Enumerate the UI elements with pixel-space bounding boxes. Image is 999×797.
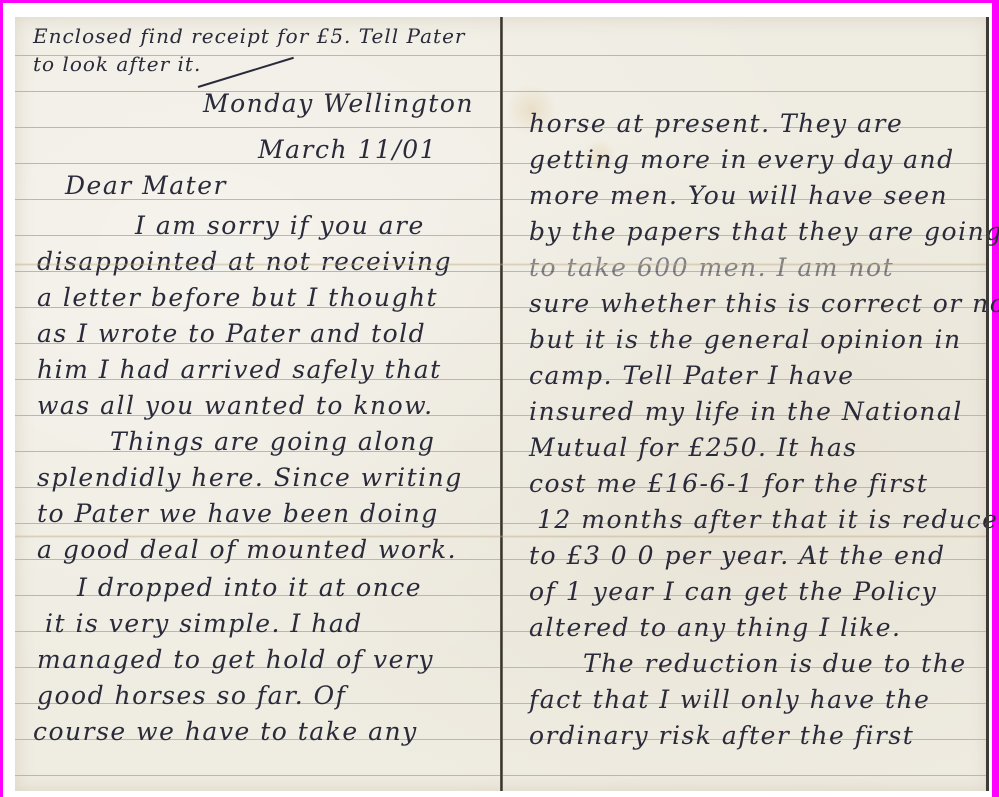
body-line: getting more in every day and — [529, 145, 955, 175]
body-line-faded: to take 600 men. I am not — [529, 253, 894, 283]
right-paper-edge — [986, 17, 989, 791]
left-page: Enclosed find receipt for £5. Tell Pater… — [15, 17, 501, 791]
body-line: good horses so far. Of — [37, 681, 346, 711]
letter-sheet: Enclosed find receipt for £5. Tell Pater… — [15, 17, 989, 791]
body-line: fact that I will only have the — [529, 685, 930, 715]
body-line: Things are going along — [110, 427, 435, 457]
postscript-line-2: to look after it. — [33, 49, 201, 79]
body-line: a good deal of mounted work. — [37, 535, 457, 565]
image-frame: Enclosed find receipt for £5. Tell Pater… — [3, 3, 992, 797]
body-line: to Pater we have been doing — [37, 499, 439, 529]
heading-date: March 11/01 — [258, 135, 437, 165]
body-line: altered to any thing I like. — [529, 613, 901, 643]
body-line: it is very simple. I had — [45, 609, 363, 639]
body-line: The reduction is due to the — [583, 649, 967, 679]
body-line: to £3 0 0 per year. At the end — [529, 541, 946, 571]
body-line: of 1 year I can get the Policy — [529, 577, 937, 607]
body-line: but it is the general opinion in — [529, 325, 962, 355]
body-line: I dropped into it at once — [77, 573, 422, 603]
body-line: him I had arrived safely that — [37, 355, 442, 385]
salutation: Dear Mater — [65, 171, 227, 201]
body-line: more men. You will have seen — [529, 181, 948, 211]
body-line: by the papers that they are going — [529, 217, 999, 247]
body-line: as I wrote to Pater and told — [37, 319, 426, 349]
body-line: course we have to take any — [33, 717, 418, 747]
horizontal-crease — [15, 263, 989, 266]
body-line: a letter before but I thought — [37, 283, 438, 313]
body-line: I am sorry if you are — [135, 211, 425, 241]
body-line: insured my life in the National — [529, 397, 963, 427]
body-line: sure whether this is correct or not — [529, 289, 999, 319]
body-line: camp. Tell Pater I have — [529, 361, 855, 391]
underline-stroke — [198, 57, 294, 88]
right-page: horse at present. They are getting more … — [503, 17, 989, 791]
body-line: was all you wanted to know. — [37, 391, 434, 421]
body-line: Mutual for £250. It has — [529, 433, 858, 463]
body-line: disappointed at not receiving — [37, 247, 452, 277]
body-line: managed to get hold of very — [37, 645, 434, 675]
horizontal-crease — [15, 535, 989, 538]
body-line: splendidly here. Since writing — [37, 463, 463, 493]
body-line: horse at present. They are — [529, 109, 903, 139]
body-line: 12 months after that it is reduced — [537, 505, 999, 535]
postscript-line-1: Enclosed find receipt for £5. Tell Pater — [33, 21, 465, 51]
body-line: cost me £16-6-1 for the first — [529, 469, 928, 499]
heading-day-place: Monday Wellington — [203, 89, 474, 119]
body-line: ordinary risk after the first — [529, 721, 914, 751]
